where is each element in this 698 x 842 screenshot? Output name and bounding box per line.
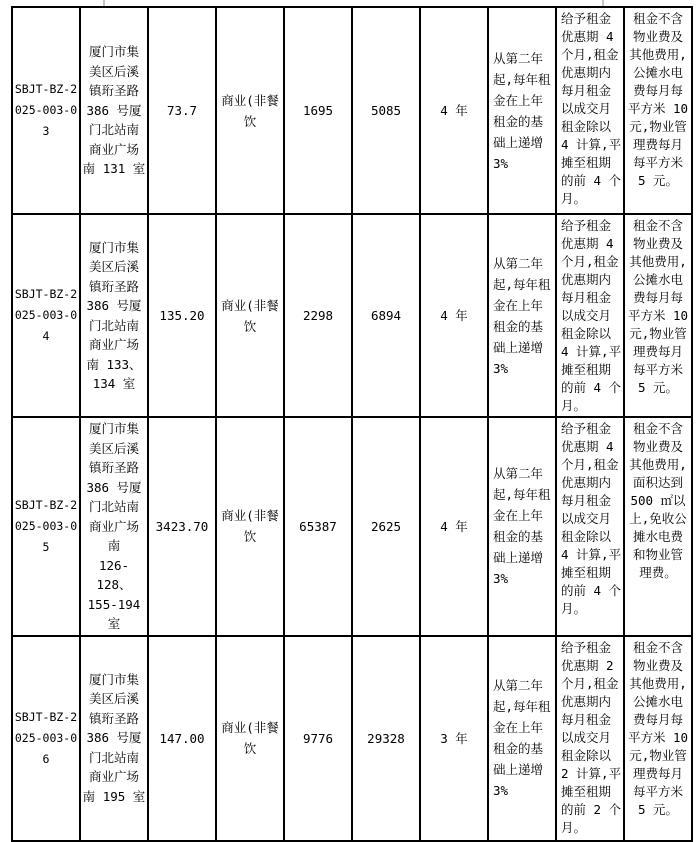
cell-rent-escalation: 从第二年 起,每年租 金在上年 租金的基 础上递增 3% (488, 417, 556, 636)
cell-address: 厦门市集 美区后溪 镇珩圣路 386 号厦 门北站南 商业广场 南 133、 1… (80, 214, 148, 417)
table-row: SBJT-BZ-2 025-003-0 4 厦门市集 美区后溪 镇珩圣路 386… (12, 214, 692, 417)
cell-use-type: 商业(非餐 饮 (216, 7, 284, 214)
cell-area: 147.00 (148, 636, 216, 841)
cell-listing-id: SBJT-BZ-2 025-003-0 4 (12, 214, 80, 417)
cell-deposit: 2625 (352, 417, 420, 636)
cell-monthly-rent: 65387 (284, 417, 352, 636)
cell-rent-escalation: 从第二年 起,每年租 金在上年 租金的基 础上递增 3% (488, 214, 556, 417)
lease-listings-table: SBJT-BZ-2 025-003-0 3 厦门市集 美区后溪 镇珩圣路 386… (11, 6, 693, 842)
cell-rent-discount: 给予租金 优惠期 2 个月,租金 优惠期内 每月租金 以成交月 租金除以 2 计… (556, 636, 624, 841)
cell-area: 73.7 (148, 7, 216, 214)
cell-rent-discount: 给予租金 优惠期 4 个月,租金 优惠期内 每月租金 以成交月 租金除以 4 计… (556, 214, 624, 417)
cell-fee-notes: 租金不含 物业费及 其他费用, 公摊水电 费每月每 平方米 10 元,物业管 理… (624, 636, 692, 841)
cell-term: 4 年 (420, 214, 488, 417)
cell-fee-notes: 租金不含 物业费及 其他费用, 面积达到 500 ㎡以 上,免收公 摊水电费 和… (624, 417, 692, 636)
cell-rent-discount: 给予租金 优惠期 4 个月,租金 优惠期内 每月租金 以成交月 租金除以 4 计… (556, 417, 624, 636)
cell-area: 135.20 (148, 214, 216, 417)
cell-use-type: 商业(非餐 饮 (216, 417, 284, 636)
cell-monthly-rent: 9776 (284, 636, 352, 841)
cell-term: 4 年 (420, 7, 488, 214)
cell-deposit: 6894 (352, 214, 420, 417)
cell-monthly-rent: 1695 (284, 7, 352, 214)
table-row: SBJT-BZ-2 025-003-0 3 厦门市集 美区后溪 镇珩圣路 386… (12, 7, 692, 214)
cell-term: 3 年 (420, 636, 488, 841)
cell-rent-discount: 给予租金 优惠期 4 个月,租金 优惠期内 每月租金 以成交月 租金除以 4 计… (556, 7, 624, 214)
cell-use-type: 商业(非餐 饮 (216, 636, 284, 841)
cell-rent-escalation: 从第二年 起,每年租 金在上年 租金的基 础上递增 3% (488, 636, 556, 841)
table-row: SBJT-BZ-2 025-003-0 5 厦门市集 美区后溪 镇珩圣路 386… (12, 417, 692, 636)
document-page: SBJT-BZ-2 025-003-0 3 厦门市集 美区后溪 镇珩圣路 386… (0, 0, 698, 842)
cell-listing-id: SBJT-BZ-2 025-003-0 5 (12, 417, 80, 636)
cell-use-type: 商业(非餐 饮 (216, 214, 284, 417)
cell-fee-notes: 租金不含 物业费及 其他费用, 公摊水电 费每月每 平方米 10 元,物业管 理… (624, 214, 692, 417)
cell-address: 厦门市集 美区后溪 镇珩圣路 386 号厦 门北站南 商业广场 南 126-12… (80, 417, 148, 636)
cell-deposit: 5085 (352, 7, 420, 214)
cell-monthly-rent: 2298 (284, 214, 352, 417)
table-row: SBJT-BZ-2 025-003-0 6 厦门市集 美区后溪 镇珩圣路 386… (12, 636, 692, 841)
cell-term: 4 年 (420, 417, 488, 636)
cell-deposit: 29328 (352, 636, 420, 841)
cell-listing-id: SBJT-BZ-2 025-003-0 6 (12, 636, 80, 841)
cell-rent-escalation: 从第二年 起,每年租 金在上年 租金的基 础上递增 3% (488, 7, 556, 214)
cell-area: 3423.70 (148, 417, 216, 636)
cell-address: 厦门市集 美区后溪 镇珩圣路 386 号厦 门北站南 商业广场 南 131 室 (80, 7, 148, 214)
cell-address: 厦门市集 美区后溪 镇珩圣路 386 号厦 门北站南 商业广场 南 195 室 (80, 636, 148, 841)
cell-listing-id: SBJT-BZ-2 025-003-0 3 (12, 7, 80, 214)
cell-fee-notes: 租金不含 物业费及 其他费用, 公摊水电 费每月每 平方米 10 元,物业管 理… (624, 7, 692, 214)
